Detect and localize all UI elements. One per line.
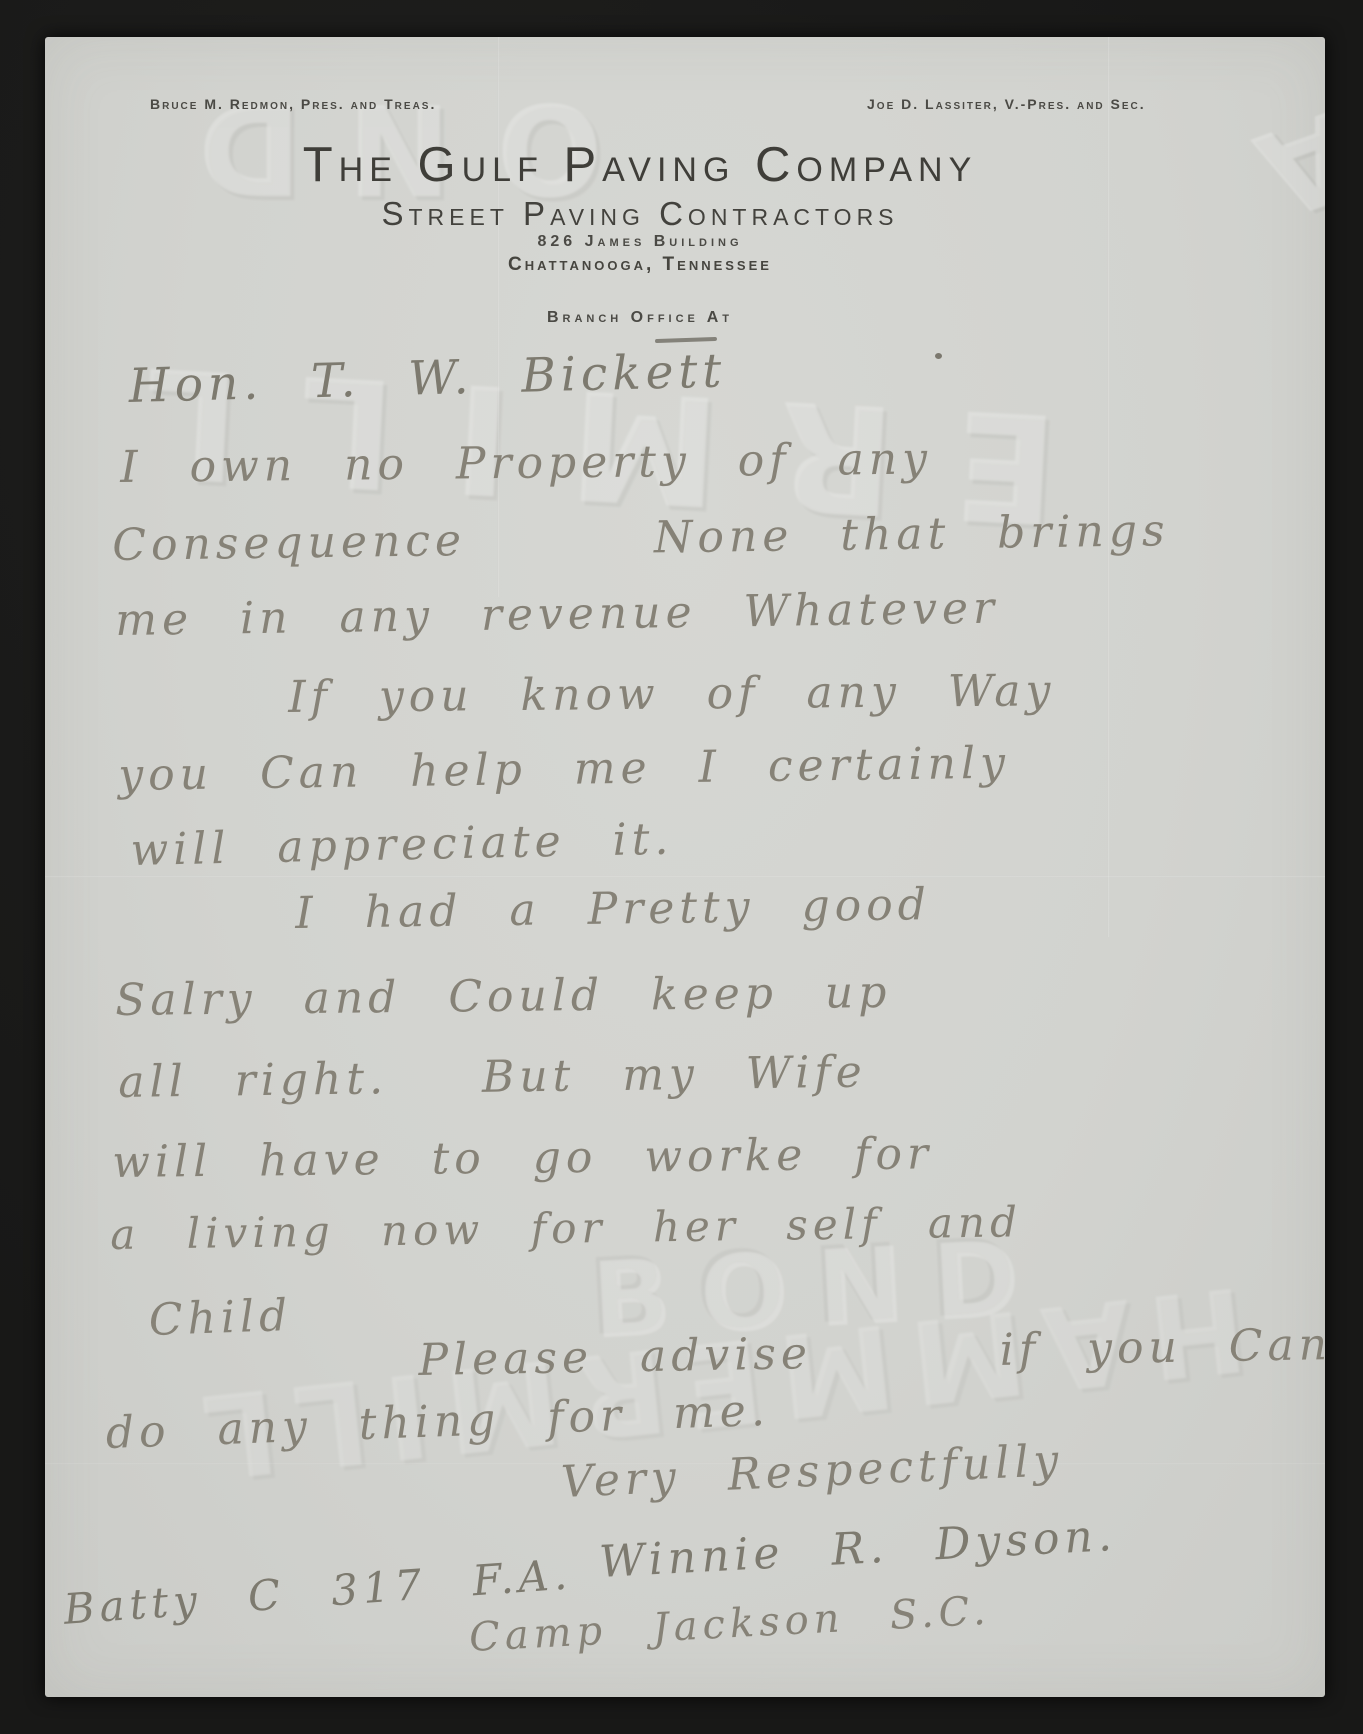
watermark-hammermill-top-right: HA xyxy=(1223,41,1325,251)
paper-crease-horizontal-mid xyxy=(45,875,1325,878)
company-address-city: Chattanooga, Tennessee xyxy=(45,254,1235,276)
company-address-building: 826 James Building xyxy=(45,233,1235,251)
handwriting-line: Child xyxy=(148,1290,293,1346)
handwriting-line: you Can help me I certainly xyxy=(118,738,1010,801)
company-name: The Gulf Paving Company xyxy=(45,137,1235,193)
branch-office-label: Branch Office At xyxy=(45,309,1235,327)
handwriting-line: me in any revenue Whatever xyxy=(115,583,999,646)
scanned-letter-screenshot: { "letterhead": { "officer_left": "Bruce… xyxy=(0,0,1363,1734)
handwriting-line: will have to go worke for xyxy=(112,1128,933,1188)
handwriting-line: Salry and Could keep up xyxy=(115,967,892,1026)
letterhead-officer-right: Joe D. Lassiter, V.-Pres. and Sec. xyxy=(867,96,1146,112)
handwriting-line: all right. But my Wife xyxy=(118,1047,867,1108)
handwriting-line-salutation: Hon. T. W. Bickett xyxy=(128,343,727,414)
handwriting-line: Please advise if you Can xyxy=(418,1319,1325,1386)
handwriting-line: If you know of any Way xyxy=(288,665,1056,723)
handwriting-line: I own no Property of any xyxy=(120,433,932,492)
handwriting-line: do any thing for me. xyxy=(105,1385,771,1459)
letterhead-officer-left: Bruce M. Redmon, Pres. and Treas. xyxy=(150,96,436,112)
letter-page: OND ERMILL HA BOND HAMMERMILL Bruce M. R… xyxy=(45,37,1325,1697)
handwriting-line-closing: Very Respectfully xyxy=(560,1435,1064,1508)
pencil-dash-mark xyxy=(655,337,717,343)
handwriting-line-signature: Winnie R. Dyson. xyxy=(598,1510,1118,1588)
handwriting-line: a living now for her self and xyxy=(110,1197,1022,1259)
handwriting-line: I had a Pretty good xyxy=(295,879,931,939)
handwriting-line: Consequence None that brings xyxy=(112,505,1170,571)
pencil-dot-mark xyxy=(935,353,942,359)
company-tagline: Street Paving Contractors xyxy=(45,195,1235,233)
handwriting-line: will appreciate it. xyxy=(130,814,674,876)
